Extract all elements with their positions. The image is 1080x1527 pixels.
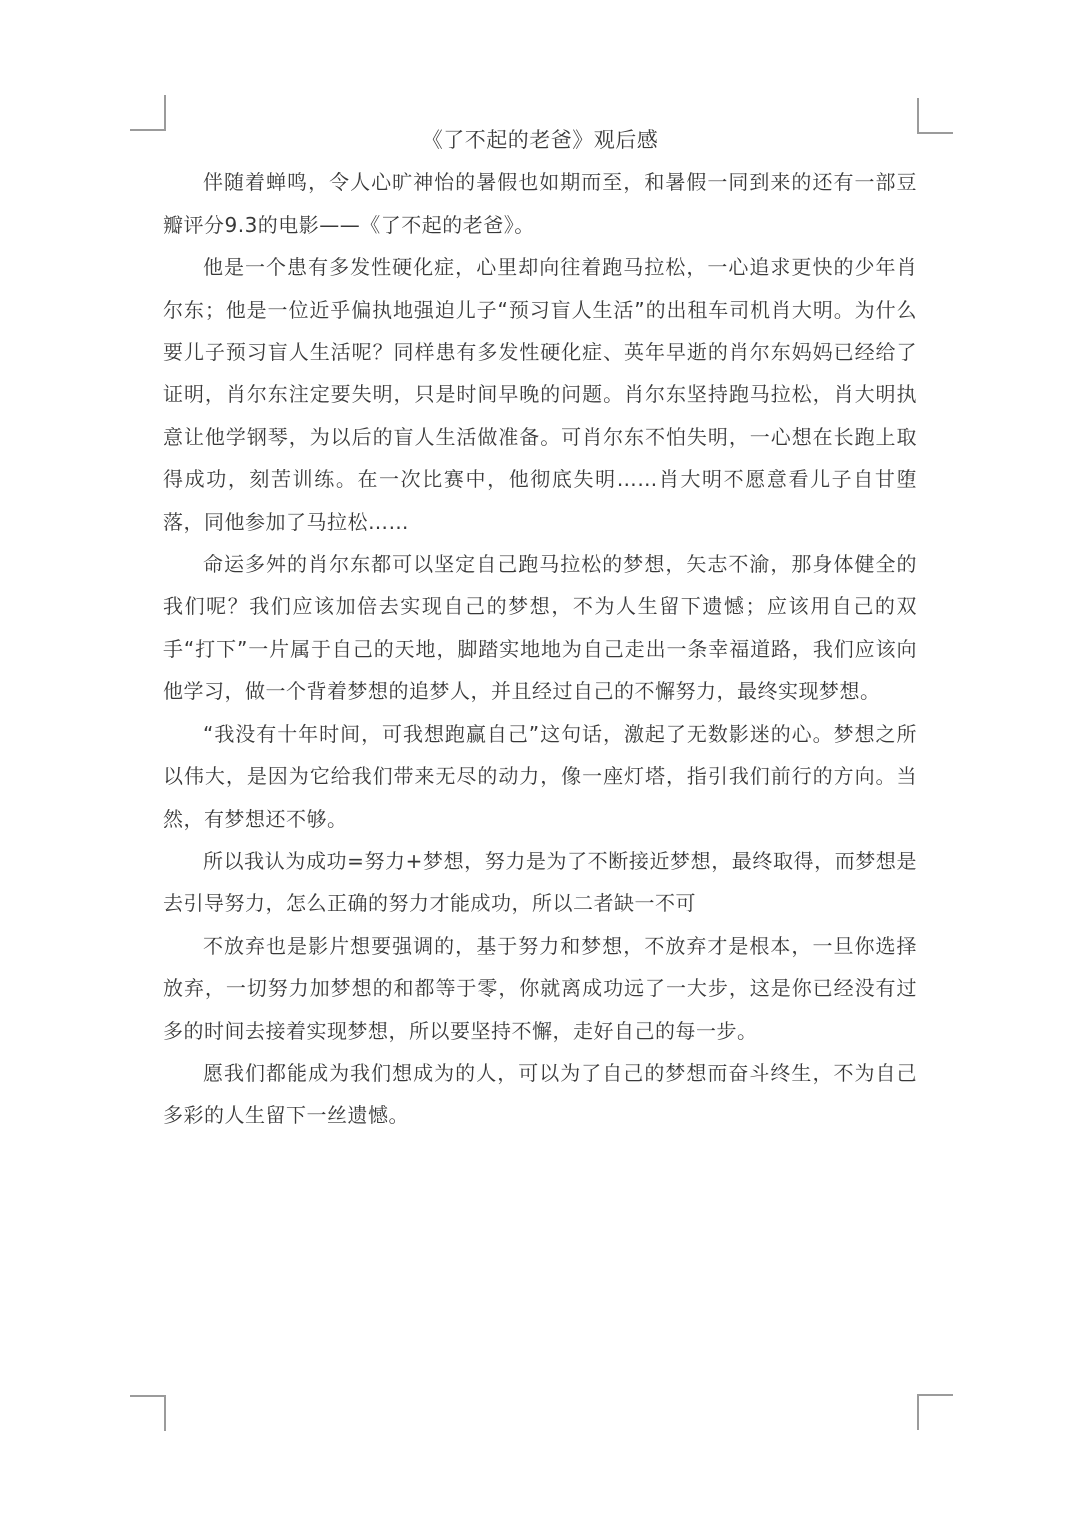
- essay-paragraph-success-formula: 所以我认为成功=努力+梦想，努力是为了不断接近梦想，最终取得，而梦想是去引导努力…: [163, 840, 917, 925]
- crop-mark-bottom-left: [130, 1395, 166, 1431]
- essay-paragraph-closing-wish: 愿我们都能成为我们想成为的人，可以为了自己的梦想而奋斗终生，不为自己多彩的人生留…: [163, 1052, 917, 1137]
- essay-title: 《了不起的老爸》观后感: [163, 119, 917, 161]
- essay-paragraph-intro: 伴随着蝉鸣，令人心旷神怡的暑假也如期而至，和暑假一同到来的还有一部豆瓣评分9.3…: [163, 161, 917, 246]
- crop-mark-bottom-right: [917, 1394, 953, 1430]
- document-page: 《了不起的老爸》观后感 伴随着蝉鸣，令人心旷神怡的暑假也如期而至，和暑假一同到来…: [0, 0, 1080, 1527]
- essay-paragraph-reflection-dream: 命运多舛的肖尔东都可以坚定自己跑马拉松的梦想，矢志不渝，那身体健全的我们呢？我们…: [163, 543, 917, 713]
- essay-paragraph-perseverance: 不放弃也是影片想要强调的，基于努力和梦想，不放弃才是根本，一旦你选择放弃，一切努…: [163, 925, 917, 1052]
- essay-paragraph-quote: “我没有十年时间，可我想跑赢自己”这句话，激起了无数影迷的心。梦想之所以伟大，是…: [163, 713, 917, 840]
- essay-body: 《了不起的老爸》观后感 伴随着蝉鸣，令人心旷神怡的暑假也如期而至，和暑假一同到来…: [163, 119, 917, 1137]
- essay-paragraph-plot-summary: 他是一个患有多发性硬化症，心里却向往着跑马拉松，一心追求更快的少年肖尔东；他是一…: [163, 246, 917, 543]
- crop-mark-top-left: [130, 95, 166, 131]
- crop-mark-top-right: [917, 98, 953, 134]
